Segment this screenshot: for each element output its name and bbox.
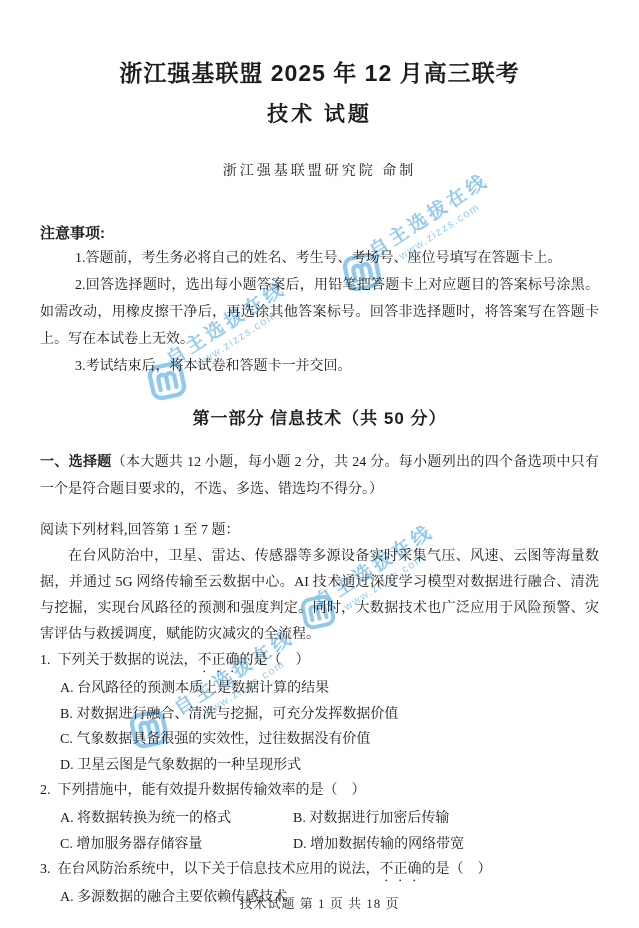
page-content: 浙江强基联盟 2025 年 12 月高三联考 技术 试题 浙江强基联盟研究院 命… (0, 58, 639, 911)
notice-heading: 注意事项: (40, 223, 599, 245)
option-item: C. 气象数据具备很强的实效性，过往数据没有价值 (40, 727, 599, 753)
question-stem-text: 下列关于数据的说法， (58, 653, 198, 668)
option-item: B. 对数据进行加密后传输 (293, 806, 599, 832)
question-stem-text: 在台风防治系统中，以下关于信息技术应用的说法， (58, 862, 380, 877)
question-stem-text: 的是（ ） (422, 862, 492, 877)
question-stem-text: 的是（ ） (240, 653, 310, 668)
options-grid: A. 将数据转换为统一的格式 B. 对数据进行加密后传输 C. 增加服务器存储容… (40, 806, 599, 857)
option-item: B. 对数据进行融合、清洗与挖掘，可充分发挥数据价值 (40, 702, 599, 728)
page-title: 浙江强基联盟 2025 年 12 月高三联考 (40, 58, 599, 88)
question-number: 2. (40, 783, 51, 798)
material-paragraph: 在台风防治中，卫星、雷达、传感器等多源设备实时采集气压、风速、云图等海量数据，并… (40, 544, 599, 648)
exam-paper-page: 自主选拔在线 www.zizzs.com 自主选拔在线 www.zizzs.co… (0, 0, 639, 928)
section-heading: 第一部分 信息技术（共 50 分） (40, 407, 599, 431)
intro-bold-label: 一、选择题 (40, 453, 112, 469)
option-item: D. 卫星云图是气象数据的一种呈现形式 (40, 753, 599, 779)
option-item: A. 将数据转换为统一的格式 (60, 806, 293, 832)
option-item: A. 台风路径的预测本质上是数据计算的结果 (40, 676, 599, 702)
reading-note: 阅读下列材料,回答第 1 至 7 题： (40, 517, 599, 544)
byline: 浙江强基联盟研究院 命制 (40, 162, 599, 182)
question-stem-emphasis: 不正确 (198, 653, 240, 668)
notice-item: 1.答题前，考生务必将自己的姓名、考生号、考场号、座位号填写在答题卡上。 (40, 245, 599, 272)
page-subtitle: 技术 试题 (40, 101, 599, 129)
questions-block: 1.下列关于数据的说法，不正确的是（ ） A. 台风路径的预测本质上是数据计算的… (40, 648, 599, 911)
question-stem: 1.下列关于数据的说法，不正确的是（ ） (40, 648, 599, 676)
multiple-choice-intro: 一、选择题（本大题共 12 小题，每小题 2 分，共 24 分。每小题列出的四个… (40, 448, 599, 503)
option-item: C. 增加服务器存储容量 (60, 832, 293, 858)
question-stem: 2.下列措施中，能有效提升数据传输效率的是（ ） (40, 778, 599, 806)
notice-item: 2.回答选择题时，选出每小题答案后，用铅笔把答题卡上对应题目的答案标号涂黑。如需… (40, 272, 599, 353)
question-number: 1. (40, 653, 51, 668)
intro-rest-text: （本大题共 12 小题，每小题 2 分，共 24 分。每小题列出的四个备选项中只… (40, 455, 599, 497)
option-item: D. 增加数据传输的网络带宽 (293, 832, 599, 858)
page-footer: 技术试题 第 1 页 共 18 页 (0, 893, 639, 912)
notice-item: 3.考试结束后，将本试卷和答题卡一并交回。 (40, 353, 599, 380)
question-stem-text: 下列措施中，能有效提升数据传输效率的是（ ） (58, 783, 366, 798)
notice-section: 注意事项: 1.答题前，考生务必将自己的姓名、考生号、考场号、座位号填写在答题卡… (40, 223, 599, 380)
question-stem: 3.在台风防治系统中，以下关于信息技术应用的说法，不正确的是（ ） (40, 857, 599, 885)
question-number: 3. (40, 862, 51, 877)
question-stem-emphasis: 不正确 (380, 862, 422, 877)
